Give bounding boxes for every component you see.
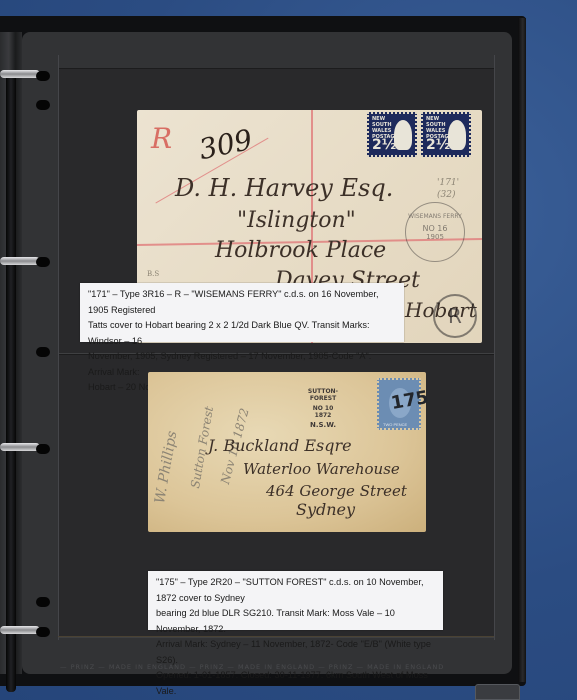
punch-hole	[36, 444, 50, 454]
side-note: W. Phillips	[152, 430, 180, 505]
address-line: "Islington"	[237, 208, 356, 233]
page-watermark: — PRINZ — MADE IN ENGLAND — PRINZ — MADE…	[60, 663, 490, 673]
address-line: D. H. Harvey Esq.	[175, 174, 393, 202]
address-line: 464 George Street	[266, 482, 407, 500]
binder-spine	[0, 32, 22, 674]
punch-hole	[36, 627, 50, 637]
punch-hole	[36, 71, 50, 81]
stamp-2-half-pence: NEWSOUTHWALESPOSTAGE 2½d	[421, 112, 471, 157]
punch-hole	[36, 597, 50, 607]
registration-mark: R	[151, 122, 172, 155]
wisemans-ferry-postmark: WISEMANS FERRY NO 16 1905	[405, 202, 465, 262]
pencil-note: '171'	[437, 178, 459, 188]
sutton-forest-postmark: SUTTON-FOREST NO 10 1872 N.S.W.	[298, 380, 348, 430]
pocket-frame	[58, 55, 59, 640]
binder-edge	[518, 18, 526, 682]
pencil-note: B.S	[147, 270, 159, 278]
punch-hole	[36, 347, 50, 357]
address-line: J. Buckland Esqre	[208, 436, 352, 455]
stamp-two-pence-blue: 175 TWO PENCE	[377, 378, 421, 430]
binder-ring	[0, 257, 40, 265]
pocket-frame	[494, 55, 495, 640]
binder-ring	[0, 443, 40, 451]
binder-tab	[475, 684, 520, 700]
punch-hole	[36, 100, 50, 110]
queen-portrait-icon	[394, 120, 412, 150]
registration-number: 309	[196, 123, 255, 166]
queen-portrait-icon	[448, 120, 466, 150]
registered-r-handstamp: R	[433, 294, 477, 338]
address-line: Holbrook Place	[215, 238, 386, 263]
caption-171: "171" – Type 3R16 – R – "WISEMANS FERRY"…	[80, 283, 404, 342]
caption-175: "175" – Type 2R20 – "SUTTON FOREST" c.d.…	[148, 571, 443, 630]
binder-ring	[0, 626, 40, 634]
address-line: Sydney	[296, 500, 355, 519]
address-line: Waterloo Warehouse	[243, 460, 400, 478]
binder-ring	[0, 70, 40, 78]
pencil-note: (32)	[437, 190, 455, 200]
punch-hole	[36, 257, 50, 267]
stamp-2-half-pence: NEWSOUTHWALESPOSTAGE 2½d	[367, 112, 417, 157]
spine-bar	[6, 72, 16, 692]
